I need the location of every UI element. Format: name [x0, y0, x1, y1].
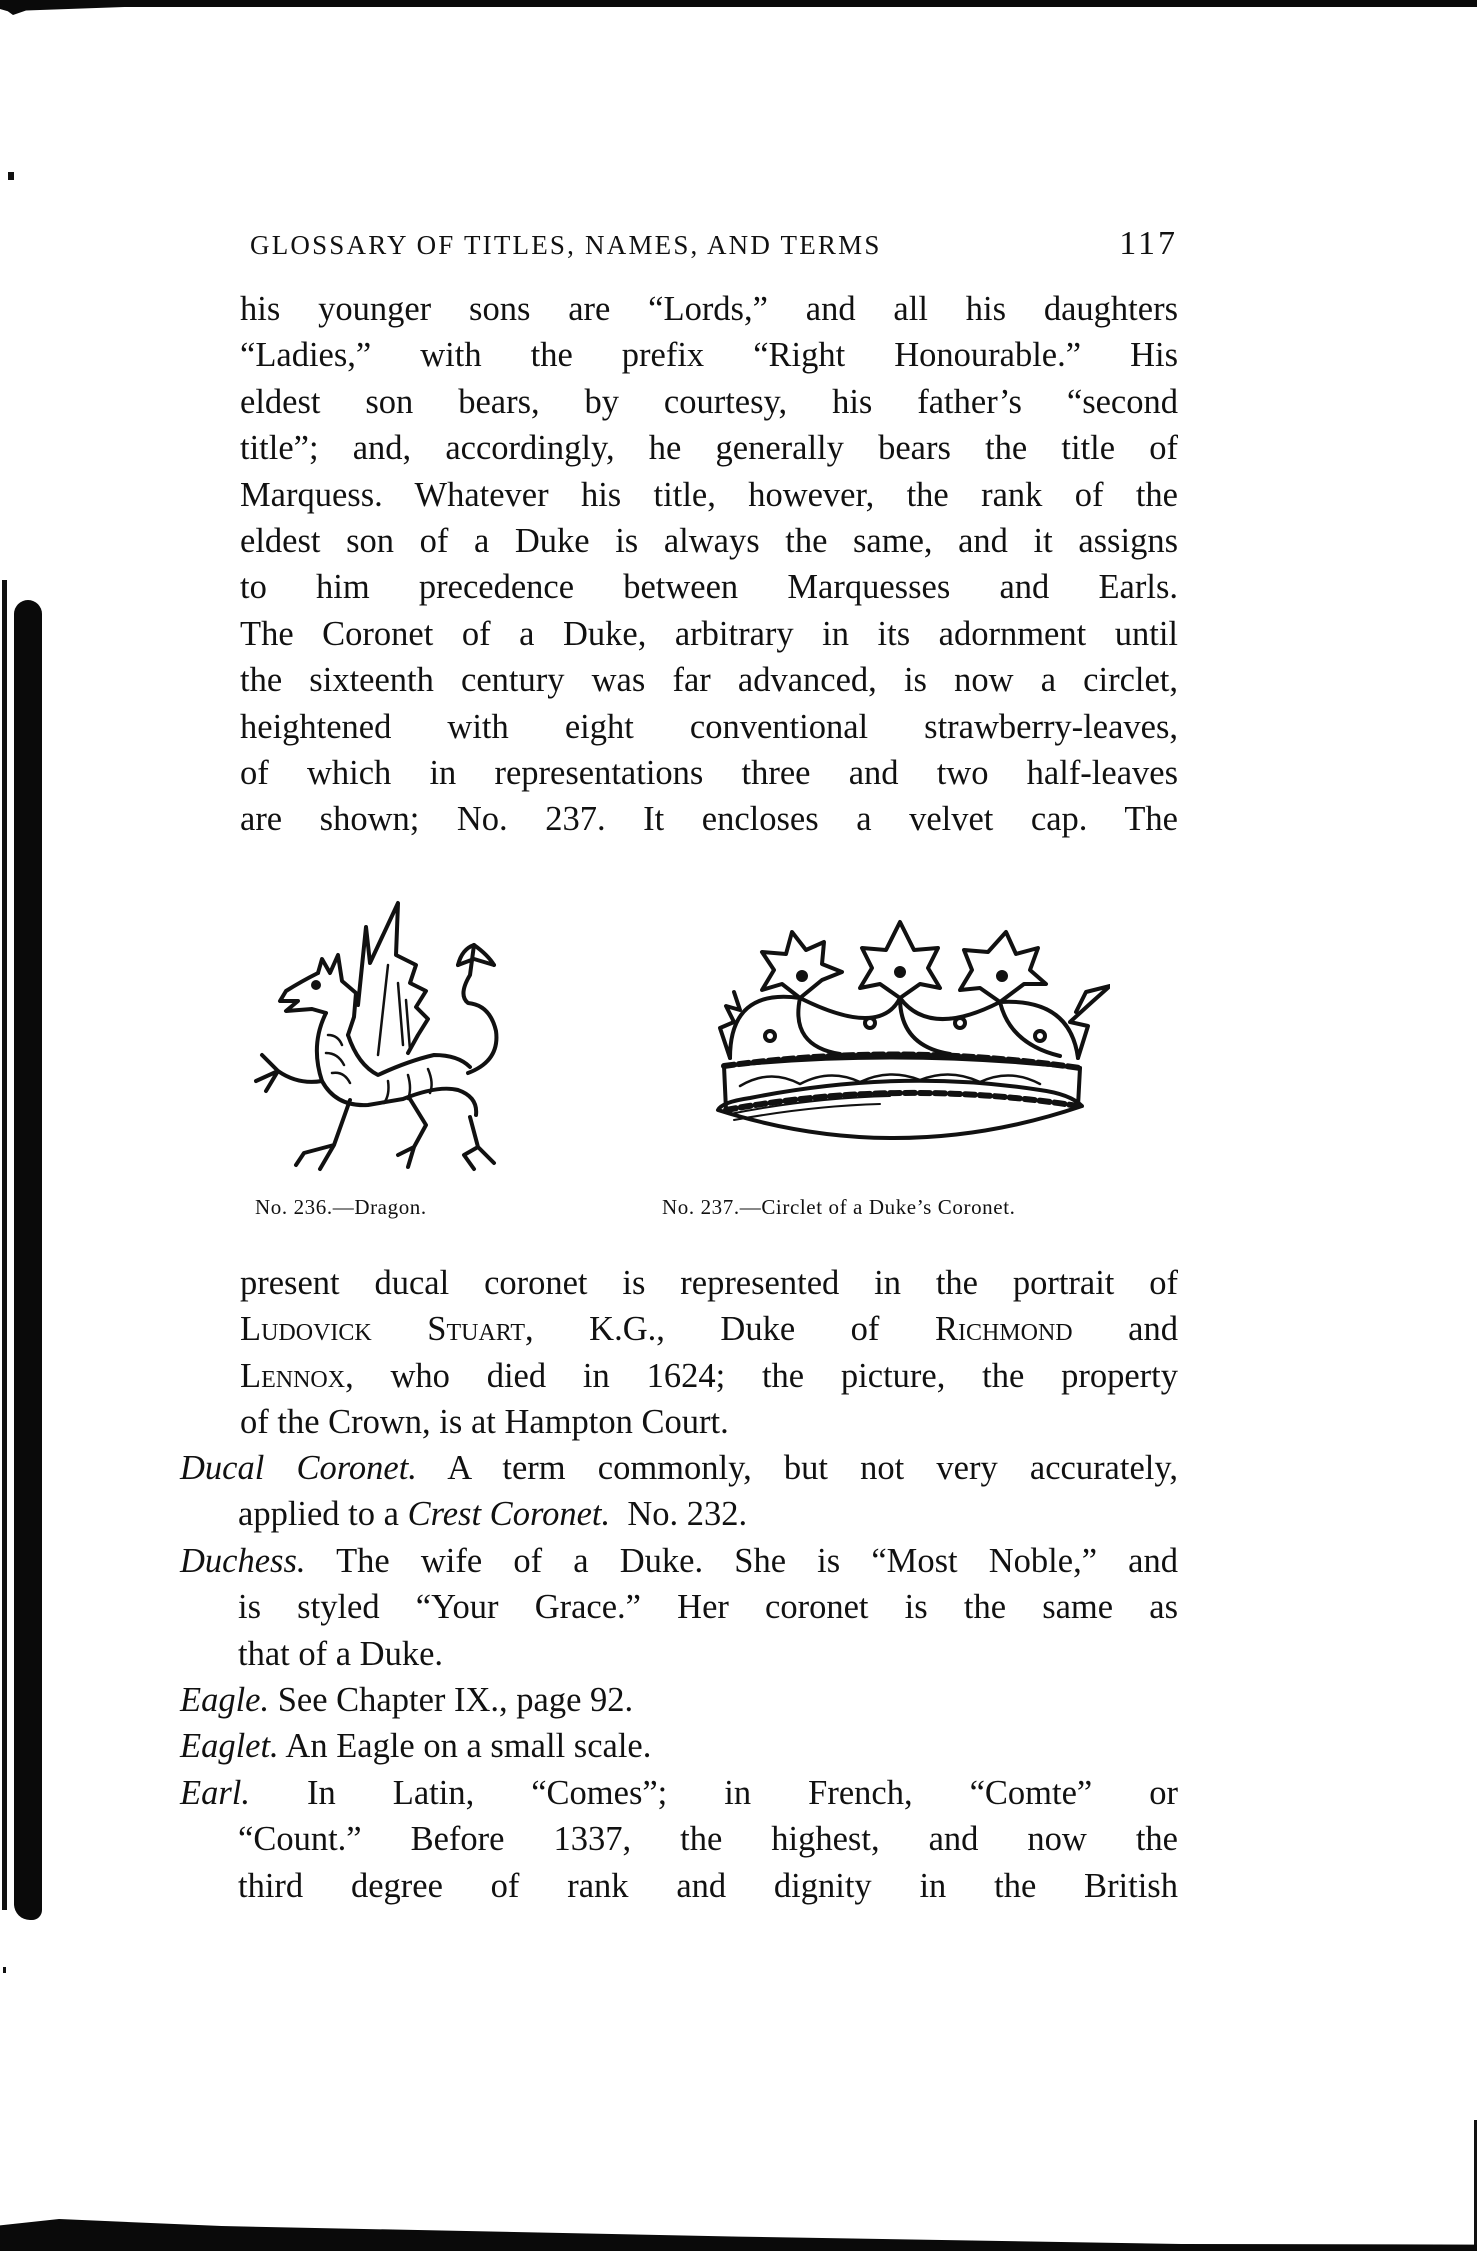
entry-term: Eagle. — [180, 1681, 269, 1719]
figure-caption-236: No. 236.—Dragon. — [255, 1195, 427, 1220]
text-line: Marquess. Whatever his title, however, t… — [240, 472, 1178, 518]
cross-reference: Crest Coronet. — [408, 1495, 611, 1533]
entry-first-line: Eagle. See Chapter IX., page 92. — [180, 1677, 1178, 1723]
entry-first-line: Ducal Coronet. A term commonly, but not … — [180, 1445, 1178, 1491]
entry-continuation-line: “Count.” Before 1337, the highest, and n… — [180, 1816, 1178, 1862]
text-line: Ludovick Stuart, K.G., Duke of Richmond … — [240, 1306, 1178, 1352]
text-line: are shown; No. 237. It encloses a velvet… — [240, 796, 1178, 842]
scan-border-bottom — [0, 2219, 1477, 2251]
entry-term: Ducal Coronet. — [180, 1449, 417, 1487]
dragon-icon — [238, 885, 518, 1185]
paragraph-duke-continued: his younger sons are “Lords,” and all hi… — [240, 286, 1178, 843]
glossary-entry-eaglet: Eaglet. An Eagle on a small scale. — [180, 1723, 1178, 1769]
entry-first-line: Earl. In Latin, “Comes”; in French, “Com… — [180, 1770, 1178, 1816]
text-line: of which in representations three and tw… — [240, 750, 1178, 796]
glossary-entries: Ducal Coronet. A term commonly, but not … — [180, 1445, 1178, 1909]
figure-ducal-coronet — [690, 918, 1110, 1143]
scan-border-top — [0, 0, 1477, 7]
page-number: 117 — [1119, 226, 1178, 262]
text-line: of the Crown, is at Hampton Court. — [240, 1399, 1178, 1445]
text-line: to him precedence between Marquesses and… — [240, 564, 1178, 610]
scan-speck — [8, 172, 14, 180]
scan-border-left-thick — [14, 600, 42, 1920]
place-name: Lennox — [240, 1357, 345, 1395]
figure-dragon — [238, 885, 518, 1185]
text-line: Lennox, who died in 1624; the picture, t… — [240, 1353, 1178, 1399]
entry-term: Eaglet. — [180, 1727, 279, 1765]
running-head: Glossary of Titles, Names, and Terms 117 — [250, 226, 1178, 263]
glossary-entry-earl: Earl. In Latin, “Comes”; in French, “Com… — [180, 1770, 1178, 1909]
entry-term: Duchess. — [180, 1542, 306, 1580]
scan-border-left-thin — [2, 580, 7, 1910]
place-name: Richmond — [935, 1310, 1073, 1348]
entry-continuation-line: applied to a Crest Coronet. No. 232. — [180, 1491, 1178, 1537]
glossary-entry-eagle: Eagle. See Chapter IX., page 92. — [180, 1677, 1178, 1723]
person-name: Ludovick Stuart — [240, 1310, 525, 1348]
glossary-entry-duchess: Duchess. The wife of a Duke. She is “Mos… — [180, 1538, 1178, 1677]
running-head-title: Glossary of Titles, Names, and Terms — [250, 227, 882, 263]
text-line: “Ladies,” with the prefix “Right Honoura… — [240, 332, 1178, 378]
figure-caption-237: No. 237.—Circlet of a Duke’s Coronet. — [662, 1195, 1015, 1220]
text-line: eldest son bears, by courtesy, his fathe… — [240, 379, 1178, 425]
scan-speck — [3, 1967, 6, 1973]
entry-continuation-line: is styled “Your Grace.” Her coronet is t… — [180, 1584, 1178, 1630]
text-line: title”; and, accordingly, he generally b… — [240, 425, 1178, 471]
entry-continuation-line: that of a Duke. — [180, 1631, 1178, 1677]
paragraph-ducal-coronet-portrait: present ducal coronet is represented in … — [240, 1260, 1178, 1446]
scan-smudge-top-left — [0, 0, 130, 15]
entry-first-line: Duchess. The wife of a Duke. She is “Mos… — [180, 1538, 1178, 1584]
glossary-entry-ducal-coronet: Ducal Coronet. A term commonly, but not … — [180, 1445, 1178, 1538]
text-line: eldest son of a Duke is always the same,… — [240, 518, 1178, 564]
entry-continuation-line: third degree of rank and dignity in the … — [180, 1863, 1178, 1909]
text-line: heightened with eight conventional straw… — [240, 704, 1178, 750]
text-line: present ducal coronet is represented in … — [240, 1260, 1178, 1306]
entry-first-line: Eaglet. An Eagle on a small scale. — [180, 1723, 1178, 1769]
entry-term: Earl. — [180, 1774, 250, 1812]
text-line: The Coronet of a Duke, arbitrary in its … — [240, 611, 1178, 657]
text-line: the sixteenth century was far advanced, … — [240, 657, 1178, 703]
coronet-icon — [690, 918, 1110, 1143]
text-line: his younger sons are “Lords,” and all hi… — [240, 286, 1178, 332]
